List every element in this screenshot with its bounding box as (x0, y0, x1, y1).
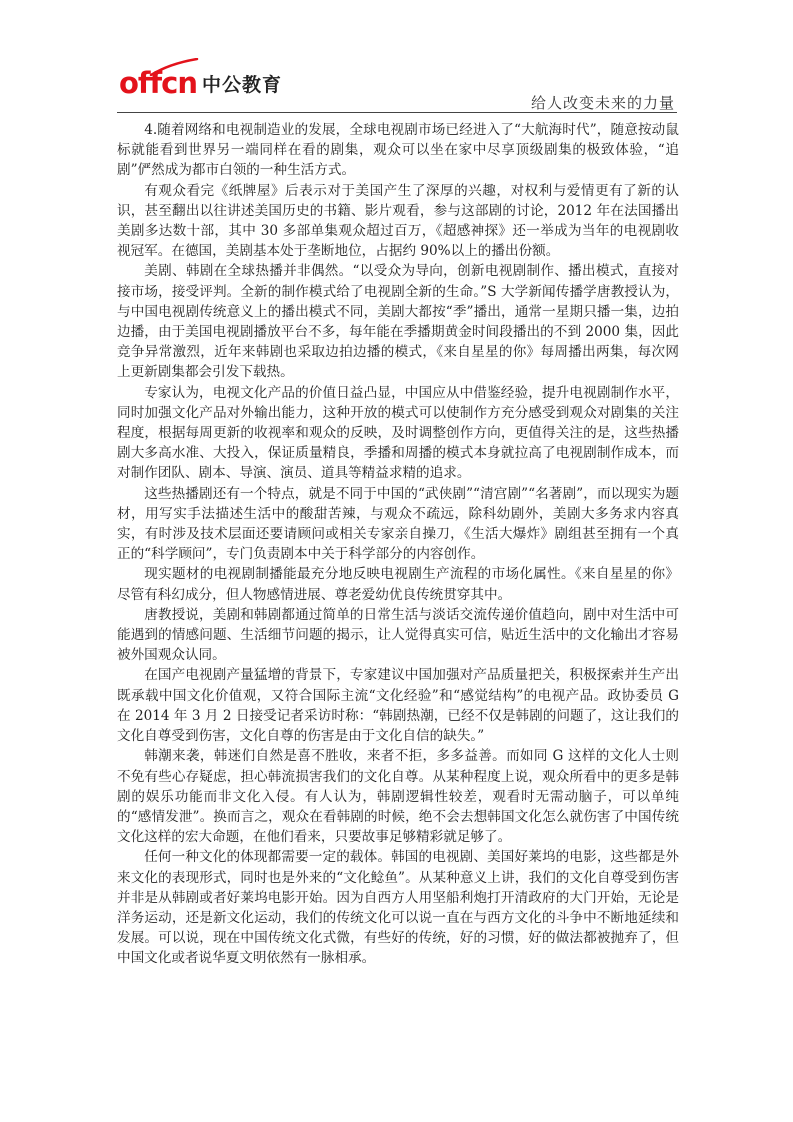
paragraph: 这些热播剧还有一个特点，就是不同于中国的“武侠剧”“清宫剧”“名著剧”，而以现实… (117, 484, 679, 565)
paragraph: 任何一种文化的体现都需要一定的载体。韩国的电视剧、美国好莱坞的电影，这些都是外来… (117, 847, 679, 968)
paragraph: 现实题材的电视剧制播能最充分地反映电视剧生产流程的市场化属性。《来自星星的你》尽… (117, 564, 679, 604)
page-header: offcn 中公教育 给人改变未来的力量 (117, 62, 677, 114)
paragraph: 有观众看完《纸牌屋》后表示对于美国产生了深厚的兴趣，对权利与爱情更有了新的认识，… (117, 181, 679, 262)
paragraph: 在国产电视剧产量猛增的背景下，专家建议中国加强对产品质量把关，积极探索并生产出既… (117, 665, 679, 746)
offcn-logo: offcn 中公教育 (119, 64, 282, 98)
logo-swoosh-icon (149, 58, 199, 76)
header-divider (117, 112, 677, 113)
paragraph: 唐教授说，美剧和韩剧都通过简单的日常生活与淡话交流传递价值趋向，剧中对生活中可能… (117, 605, 679, 666)
logo-chinese-name: 中公教育 (202, 72, 282, 98)
paragraph: 韩潮来袭，韩迷们自然是喜不胜收，来者不拒，多多益善。而如同 G 这样的文化人士则… (117, 746, 679, 847)
paragraph: 专家认为，电视文化产品的价值日益凸显，中国应从中借鉴经验，提升电视剧制作水平，同… (117, 383, 679, 484)
slogan: 给人改变未来的力量 (531, 92, 675, 113)
article-body: 4.随着网络和电视制造业的发展，全球电视剧市场已经进入了“大航海时代”，随意按动… (117, 120, 679, 969)
document-page: offcn 中公教育 给人改变未来的力量 4.随着网络和电视制造业的发展，全球电… (0, 0, 793, 1122)
paragraph: 美剧、韩剧在全球热播并非偶然。“以受众为导向，创新电视剧制作、播出模式，直接对接… (117, 261, 679, 382)
paragraph: 4.随着网络和电视制造业的发展，全球电视剧市场已经进入了“大航海时代”，随意按动… (117, 120, 679, 181)
